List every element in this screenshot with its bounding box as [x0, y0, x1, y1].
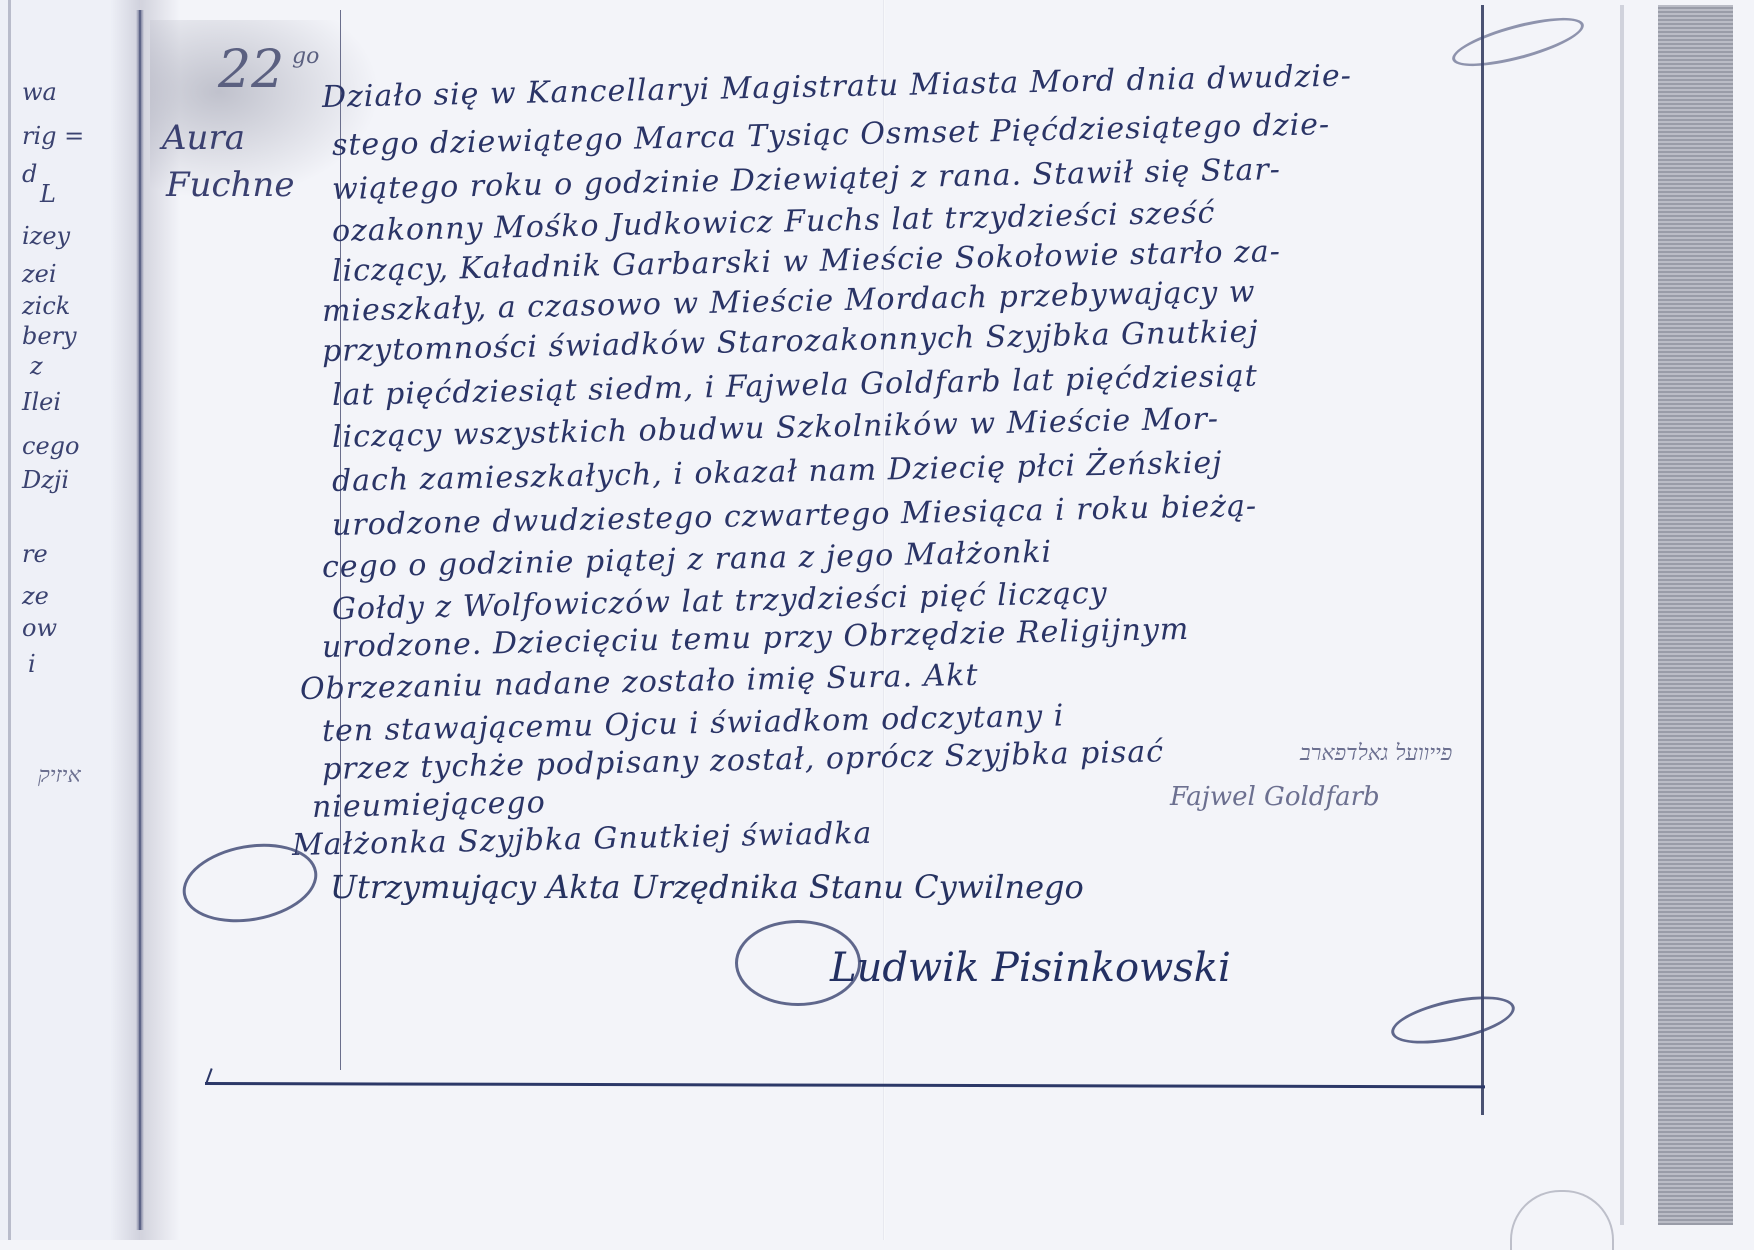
- signature-paraph: [1387, 987, 1519, 1052]
- margin-rule-left: [136, 10, 144, 1230]
- top-flourish: [1448, 8, 1588, 76]
- body-line: Działo się w Kancellaryi Magistratu Mias…: [322, 58, 1353, 115]
- page-edge: [8, 0, 11, 1240]
- closing-line: Utrzymujący Akta Urzędnika Stanu Cywilne…: [330, 868, 1084, 906]
- scanner-shadow-band: [1658, 5, 1733, 1225]
- record-number: 22: [218, 40, 284, 100]
- fragment-line: z: [30, 352, 43, 380]
- fragment-line: Ilei: [22, 388, 61, 416]
- fragment-line: L: [40, 180, 56, 208]
- fragment-line: zick: [22, 292, 70, 320]
- fragment-line: i: [28, 650, 36, 678]
- fragment-hebrew: איזיק: [38, 762, 81, 788]
- record-number-suffix: go: [292, 44, 319, 69]
- record-end-rule: [205, 1082, 1485, 1088]
- scanner-edge: [1620, 5, 1624, 1225]
- fragment-line: re: [22, 540, 48, 568]
- body-line: Obrzezaniu nadane zostało imię Sura. Akt: [300, 658, 979, 707]
- margin-rule-right: [1481, 5, 1484, 1115]
- fragment-line: Dzji: [22, 466, 69, 494]
- body-line: dach zamieszkałych, i okazał nam Dziecię…: [332, 445, 1223, 499]
- fragment-line: zei: [22, 260, 57, 288]
- body-line: nieumiejącego: [312, 785, 546, 825]
- body-line: cego o godzinie piątej z rana z jego Mał…: [322, 535, 1053, 585]
- official-signature: Ludwik Pisinkowski: [830, 945, 1231, 991]
- fragment-line: d: [22, 160, 37, 188]
- fragment-line: ze: [22, 582, 49, 610]
- scanned-document-page: wa rig = d L izey zei zick bery z Ilei c…: [0, 0, 1754, 1250]
- child-surname: Fuchne: [166, 165, 294, 205]
- fragment-line: izey: [22, 222, 70, 250]
- fragment-line: ow: [22, 614, 57, 642]
- fragment-line: bery: [22, 322, 77, 350]
- stamp-mark: [1510, 1190, 1614, 1250]
- fragment-line: wa: [22, 78, 57, 106]
- child-given-name: Aura: [162, 118, 245, 158]
- body-line: urodzone dwudziestego czwartego Miesiąca…: [332, 489, 1258, 543]
- witness-signature-hebrew: פייוועל גאלדפארב: [1300, 740, 1452, 766]
- fragment-line: rig =: [22, 122, 84, 150]
- witness-signature: Fajwel Goldfarb: [1170, 782, 1380, 812]
- fragment-line: cego: [22, 432, 79, 460]
